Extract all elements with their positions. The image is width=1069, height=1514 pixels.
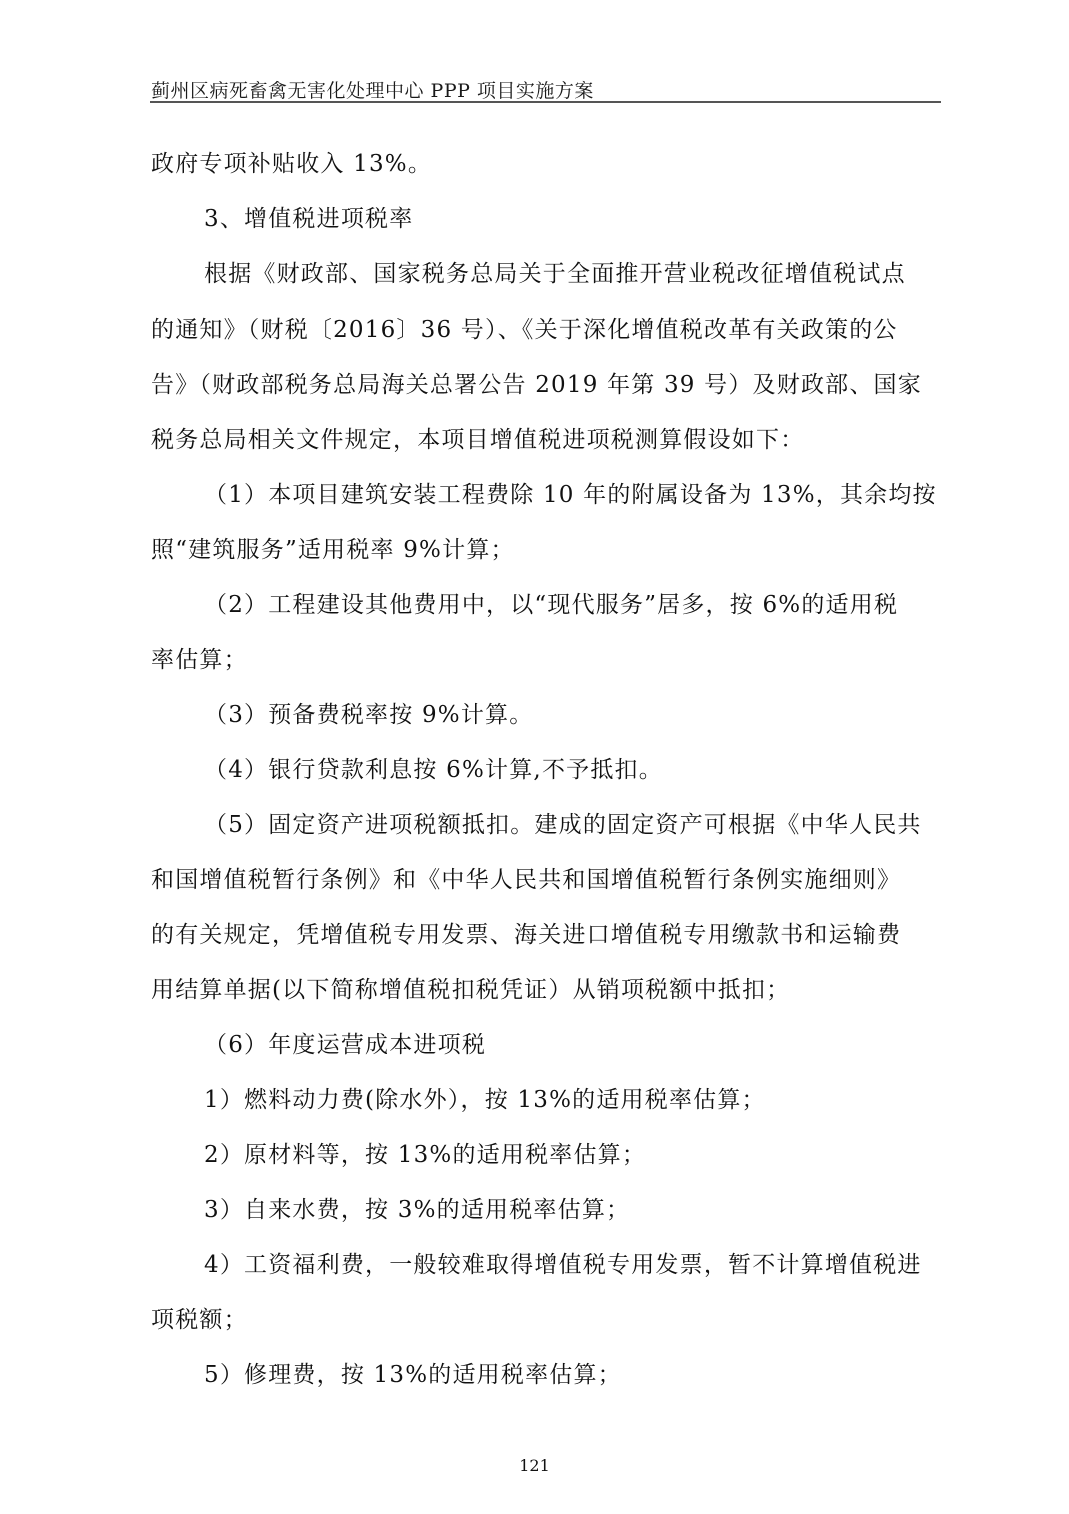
list-item: （6）年度运营成本进项税 [204,1026,486,1059]
sub-list-item: 4）工资福利费，一般较难取得增值税专用发票，暂不计算增值税进 [204,1246,922,1279]
list-item: （4）银行贷款利息按 6%计算,不予抵扣。 [204,751,663,784]
paragraph-line: 的通知》（财税〔2016〕36 号）、《关于深化增值税改革有关政策的公 [151,311,898,344]
section-heading: 3、增值税进项税率 [204,200,413,233]
sub-list-item: 5）修理费，按 13%的适用税率估算； [204,1356,622,1389]
sub-list-item: 3）自来水费，按 3%的适用税率估算； [204,1191,630,1224]
list-item: （5）固定资产进项税额抵扣。建成的固定资产可根据《中华人民共 [204,806,922,839]
paragraph-line: 用结算单据(以下简称增值税扣税凭证）从销项税额中抵扣； [151,971,790,1004]
page-number: 121 [0,1456,1069,1475]
paragraph-line: 照“建筑服务”适用税率 9%计算； [151,531,515,564]
header-divider [150,101,941,103]
list-item: （3）预备费税率按 9%计算。 [204,696,533,729]
paragraph-line: 的有关规定，凭增值税专用发票、海关进口增值税专用缴款书和运输费 [151,916,901,949]
paragraph-line: 根据《财政部、国家税务总局关于全面推开营业税改征增值税试点 [204,255,906,288]
paragraph-line: 项税额； [151,1301,248,1334]
running-header: 蓟州区病死畜禽无害化处理中心 PPP 项目实施方案 [151,76,594,103]
paragraph-line: 率估算； [151,641,248,674]
paragraph-line: 税务总局相关文件规定，本项目增值税进项税测算假设如下： [151,421,804,454]
paragraph-line: 和国增值税暂行条例》和《中华人民共和国增值税暂行条例实施细则》 [151,861,901,894]
list-item: （2）工程建设其他费用中，以“现代服务”居多，按 6%的适用税 [204,586,898,619]
paragraph-line: 政府专项补贴收入 13%。 [151,145,432,178]
list-item: （1）本项目建筑安装工程费除 10 年的附属设备为 13%，其余均按 [204,476,937,509]
sub-list-item: 1）燃料动力费(除水外），按 13%的适用税率估算； [204,1081,766,1114]
paragraph-line: 告》（财政部税务总局海关总署公告 2019 年第 39 号）及财政部、国家 [151,366,922,399]
sub-list-item: 2）原材料等，按 13%的适用税率估算； [204,1136,646,1169]
